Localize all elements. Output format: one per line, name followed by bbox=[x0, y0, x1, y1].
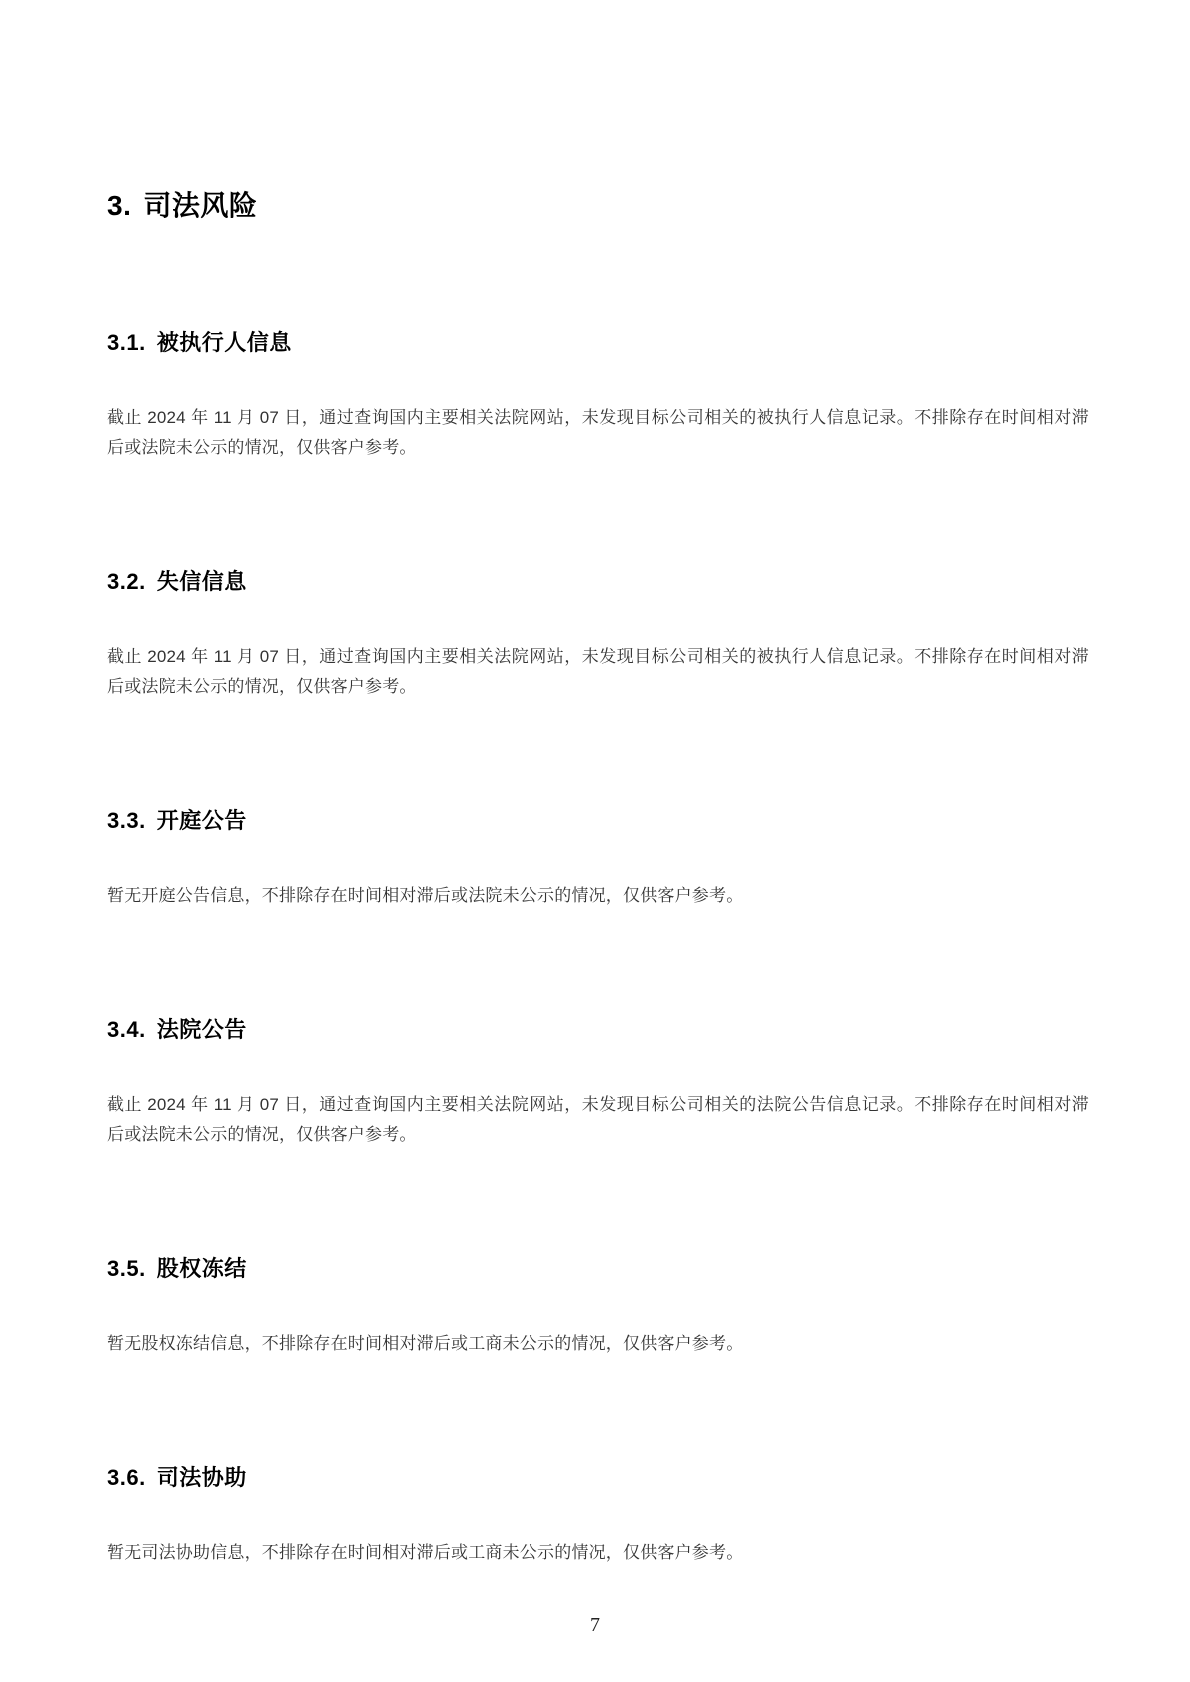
section-body: 暂无开庭公告信息，不排除存在时间相对滞后或法院未公示的情况，仅供客户参考。 bbox=[107, 881, 1089, 911]
section-number: 3.4. bbox=[107, 1017, 146, 1042]
section-court-announcement: 3.4.法院公告 截止 2024 年 11 月 07 日，通过查询国内主要相关法… bbox=[107, 1015, 1090, 1150]
section-body: 截止 2024 年 11 月 07 日，通过查询国内主要相关法院网站，未发现目标… bbox=[107, 642, 1089, 702]
section-heading: 3.1.被执行人信息 bbox=[107, 328, 1090, 358]
page-title-number: 3. bbox=[107, 190, 131, 221]
page-number: 7 bbox=[590, 1614, 600, 1637]
section-heading: 3.3.开庭公告 bbox=[107, 806, 1090, 836]
section-heading-text: 法院公告 bbox=[157, 1017, 247, 1042]
section-heading: 3.4.法院公告 bbox=[107, 1015, 1090, 1045]
section-executed-person: 3.1.被执行人信息 截止 2024 年 11 月 07 日，通过查询国内主要相… bbox=[107, 328, 1090, 463]
section-body: 截止 2024 年 11 月 07 日，通过查询国内主要相关法院网站，未发现目标… bbox=[107, 403, 1089, 463]
section-heading-text: 开庭公告 bbox=[157, 808, 247, 833]
page-title: 3.司法风险 bbox=[107, 188, 1090, 224]
section-heading: 3.6.司法协助 bbox=[107, 1463, 1090, 1493]
section-number: 3.6. bbox=[107, 1465, 146, 1490]
section-court-session: 3.3.开庭公告 暂无开庭公告信息，不排除存在时间相对滞后或法院未公示的情况，仅… bbox=[107, 806, 1090, 911]
page-title-text: 司法风险 bbox=[143, 190, 257, 221]
section-heading-text: 司法协助 bbox=[157, 1465, 247, 1490]
section-judicial-assistance: 3.6.司法协助 暂无司法协助信息，不排除存在时间相对滞后或工商未公示的情况，仅… bbox=[107, 1463, 1090, 1568]
section-heading-text: 失信信息 bbox=[157, 569, 247, 594]
section-number: 3.3. bbox=[107, 808, 146, 833]
section-number: 3.2. bbox=[107, 569, 146, 594]
section-dishonesty: 3.2.失信信息 截止 2024 年 11 月 07 日，通过查询国内主要相关法… bbox=[107, 567, 1090, 702]
section-equity-freeze: 3.5.股权冻结 暂无股权冻结信息，不排除存在时间相对滞后或工商未公示的情况，仅… bbox=[107, 1254, 1090, 1359]
page-content: 3.司法风险 3.1.被执行人信息 截止 2024 年 11 月 07 日，通过… bbox=[0, 0, 1190, 1568]
section-heading-text: 被执行人信息 bbox=[157, 330, 292, 355]
section-heading: 3.5.股权冻结 bbox=[107, 1254, 1090, 1284]
section-body: 暂无股权冻结信息，不排除存在时间相对滞后或工商未公示的情况，仅供客户参考。 bbox=[107, 1329, 1089, 1359]
section-body: 截止 2024 年 11 月 07 日，通过查询国内主要相关法院网站，未发现目标… bbox=[107, 1090, 1089, 1150]
section-number: 3.5. bbox=[107, 1256, 146, 1281]
section-heading-text: 股权冻结 bbox=[157, 1256, 247, 1281]
section-number: 3.1. bbox=[107, 330, 146, 355]
page-footer: 7 bbox=[0, 1614, 1190, 1682]
section-heading: 3.2.失信信息 bbox=[107, 567, 1090, 597]
section-body: 暂无司法协助信息，不排除存在时间相对滞后或工商未公示的情况，仅供客户参考。 bbox=[107, 1538, 1089, 1568]
report-page: 3.司法风险 3.1.被执行人信息 截止 2024 年 11 月 07 日，通过… bbox=[0, 0, 1190, 1682]
